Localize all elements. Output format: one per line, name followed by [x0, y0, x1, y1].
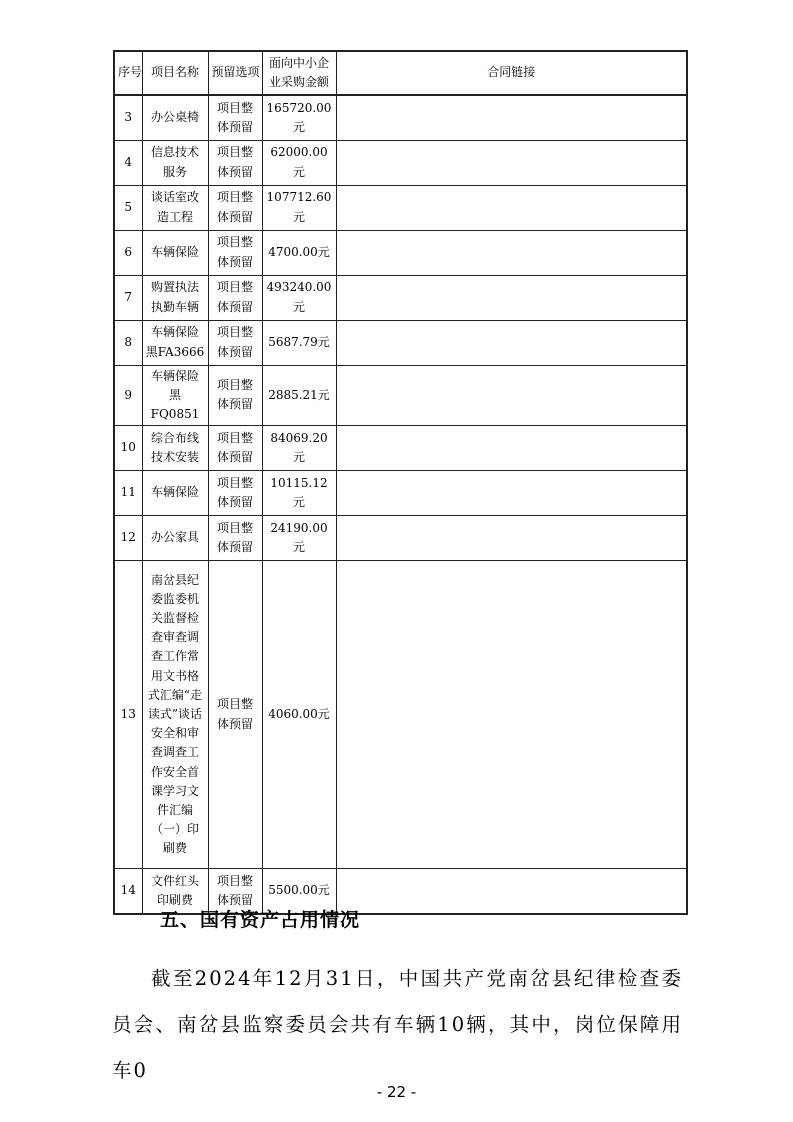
cell-name: 车辆保险 — [142, 230, 208, 275]
cell-option: 项目整体预留 — [208, 275, 262, 320]
cell-no: 6 — [114, 230, 142, 275]
cell-no: 7 — [114, 275, 142, 320]
header-cell-option: 预留选项 — [208, 51, 262, 95]
table-row: 8 车辆保险黑FA3666 项目整体预留 5687.79元 — [114, 320, 687, 365]
cell-option: 项目整体预留 — [208, 426, 262, 471]
cell-amount: 493240.00元 — [262, 275, 336, 320]
section-heading: 五、国有资产占用情况 — [160, 905, 360, 932]
cell-name: 车辆保险黑FA3666 — [142, 320, 208, 365]
cell-no: 3 — [114, 95, 142, 140]
cell-amount: 62000.00元 — [262, 140, 336, 185]
table-row: 11 车辆保险 项目整体预留 10115.12元 — [114, 471, 687, 516]
cell-no: 11 — [114, 471, 142, 516]
cell-amount: 165720.00元 — [262, 95, 336, 140]
table-row: 13 南岔县纪委监委机关监督检查审查调查工作常用文书格式汇编“走读式”谈话安全和… — [114, 561, 687, 869]
cell-amount: 10115.12元 — [262, 471, 336, 516]
cell-name: 车辆保险黑FQ0851 — [142, 365, 208, 426]
cell-option: 项目整体预留 — [208, 95, 262, 140]
cell-amount: 4060.00元 — [262, 561, 336, 869]
cell-amount: 2885.21元 — [262, 365, 336, 426]
cell-amount: 4700.00元 — [262, 230, 336, 275]
cell-option: 项目整体预留 — [208, 185, 262, 230]
cell-link — [336, 320, 687, 365]
cell-name: 办公家具 — [142, 516, 208, 561]
cell-option: 项目整体预留 — [208, 561, 262, 869]
cell-name: 南岔县纪委监委机关监督检查审查调查工作常用文书格式汇编“走读式”谈话安全和审查调… — [142, 561, 208, 869]
cell-no: 10 — [114, 426, 142, 471]
cell-option: 项目整体预留 — [208, 320, 262, 365]
cell-no: 13 — [114, 561, 142, 869]
header-cell-link: 合同链接 — [336, 51, 687, 95]
cell-no: 4 — [114, 140, 142, 185]
cell-link — [336, 275, 687, 320]
table-row: 7 购置执法执勤车辆 项目整体预留 493240.00元 — [114, 275, 687, 320]
header-cell-amount: 面向中小企业采购金额 — [262, 51, 336, 95]
cell-option: 项目整体预留 — [208, 471, 262, 516]
body-paragraph: 截至2024年12月31日，中国共产党南岔县纪律检查委员会、南岔县监察委员会共有… — [112, 956, 683, 1094]
cell-name: 信息技术服务 — [142, 140, 208, 185]
cell-no: 5 — [114, 185, 142, 230]
cell-name: 综合布线技术安装 — [142, 426, 208, 471]
table-row: 10 综合布线技术安装 项目整体预留 84069.20元 — [114, 426, 687, 471]
procurement-table: 序号 项目名称 预留选项 面向中小企业采购金额 合同链接 3 办公桌椅 项目整体… — [113, 50, 688, 915]
cell-link — [336, 185, 687, 230]
header-cell-no: 序号 — [114, 51, 142, 95]
table-row: 12 办公家具 项目整体预留 24190.00元 — [114, 516, 687, 561]
cell-link — [336, 516, 687, 561]
cell-link — [336, 869, 687, 914]
cell-no: 12 — [114, 516, 142, 561]
cell-no: 8 — [114, 320, 142, 365]
cell-option: 项目整体预留 — [208, 365, 262, 426]
cell-option: 项目整体预留 — [208, 140, 262, 185]
table-row: 4 信息技术服务 项目整体预留 62000.00元 — [114, 140, 687, 185]
cell-amount: 5687.79元 — [262, 320, 336, 365]
cell-no: 14 — [114, 869, 142, 914]
cell-link — [336, 230, 687, 275]
cell-link — [336, 561, 687, 869]
table-row: 5 谈话室改造工程 项目整体预留 107712.60元 — [114, 185, 687, 230]
document-page: 序号 项目名称 预留选项 面向中小企业采购金额 合同链接 3 办公桌椅 项目整体… — [0, 0, 793, 1122]
cell-amount: 107712.60元 — [262, 185, 336, 230]
page-number: - 22 - — [0, 1083, 793, 1101]
cell-name: 谈话室改造工程 — [142, 185, 208, 230]
cell-name: 购置执法执勤车辆 — [142, 275, 208, 320]
cell-link — [336, 426, 687, 471]
table-row: 3 办公桌椅 项目整体预留 165720.00元 — [114, 95, 687, 140]
cell-no: 9 — [114, 365, 142, 426]
header-cell-name: 项目名称 — [142, 51, 208, 95]
cell-amount: 84069.20元 — [262, 426, 336, 471]
cell-amount: 24190.00元 — [262, 516, 336, 561]
cell-link — [336, 140, 687, 185]
cell-name: 车辆保险 — [142, 471, 208, 516]
cell-option: 项目整体预留 — [208, 516, 262, 561]
cell-option: 项目整体预留 — [208, 230, 262, 275]
table-row: 9 车辆保险黑FQ0851 项目整体预留 2885.21元 — [114, 365, 687, 426]
cell-link — [336, 471, 687, 516]
cell-name: 办公桌椅 — [142, 95, 208, 140]
cell-link — [336, 365, 687, 426]
table-row: 6 车辆保险 项目整体预留 4700.00元 — [114, 230, 687, 275]
table-header-row: 序号 项目名称 预留选项 面向中小企业采购金额 合同链接 — [114, 51, 687, 95]
cell-link — [336, 95, 687, 140]
